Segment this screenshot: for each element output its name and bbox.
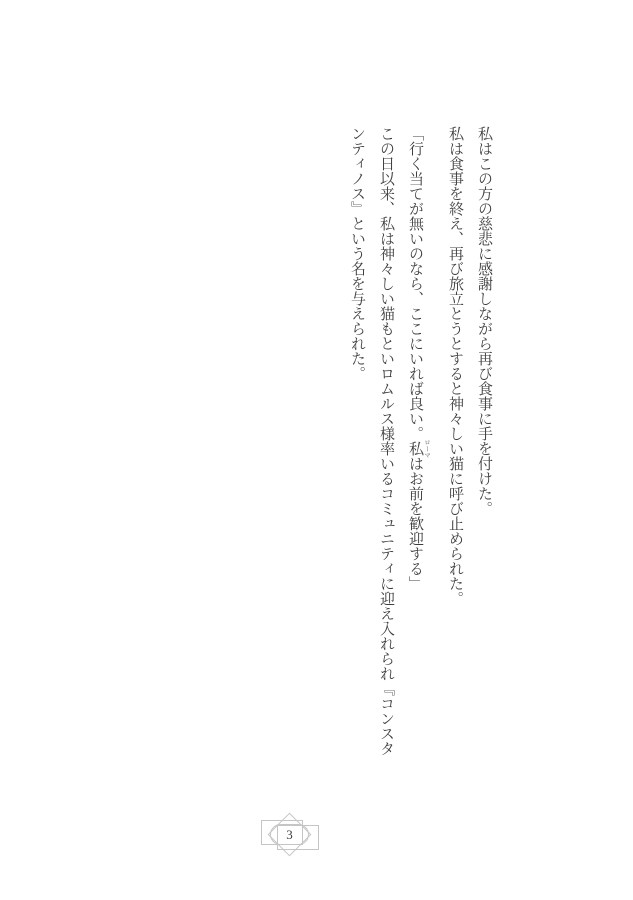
ruby-text: ローマ: [423, 439, 430, 459]
paragraph-4: この日以来、私は神々しい猫もといロムルス様率いるコミュニティに迎え入れられ『コン…: [342, 126, 400, 764]
paragraph-3-segment-1: 「行く当てが無いのなら、ここにいれば良い。: [407, 126, 423, 441]
paragraph-2-text: 私は食事を終え、再び旅立とうとすると神々しい猫に呼び止められた。: [447, 126, 463, 606]
ruby-annotated-word: 私ローマ: [407, 441, 423, 456]
paragraph-2: 私は食事を終え、再び旅立とうとすると神々しい猫に呼び止められた。: [440, 126, 469, 764]
vertical-text-block: 私はこの方の慈悲に感謝しながら再び食事に手を付けた。 私は食事を終え、再び旅立と…: [342, 126, 498, 764]
book-page: 私はこの方の慈悲に感謝しながら再び食事に手を付けた。 私は食事を終え、再び旅立と…: [0, 0, 633, 900]
paragraph-1-text: 私はこの方の慈悲に感謝しながら再び食事に手を付けた。: [476, 126, 492, 516]
paragraph-3-segment-3: はお前を歓迎する」: [407, 456, 423, 591]
page-number-ornament: 3: [258, 810, 322, 862]
page-number-badge: 3: [270, 824, 309, 845]
paragraph-1: 私はこの方の慈悲に感謝しながら再び食事に手を付けた。: [469, 126, 498, 764]
paragraph-4-text: この日以来、私は神々しい猫もといロムルス様率いるコミュニティに迎え入れられ『コン…: [349, 126, 394, 756]
paragraph-3-dialogue: 「行く当てが無いのなら、ここにいれば良い。私ローマはお前を歓迎する」: [400, 126, 430, 764]
page-number: 3: [286, 828, 293, 841]
